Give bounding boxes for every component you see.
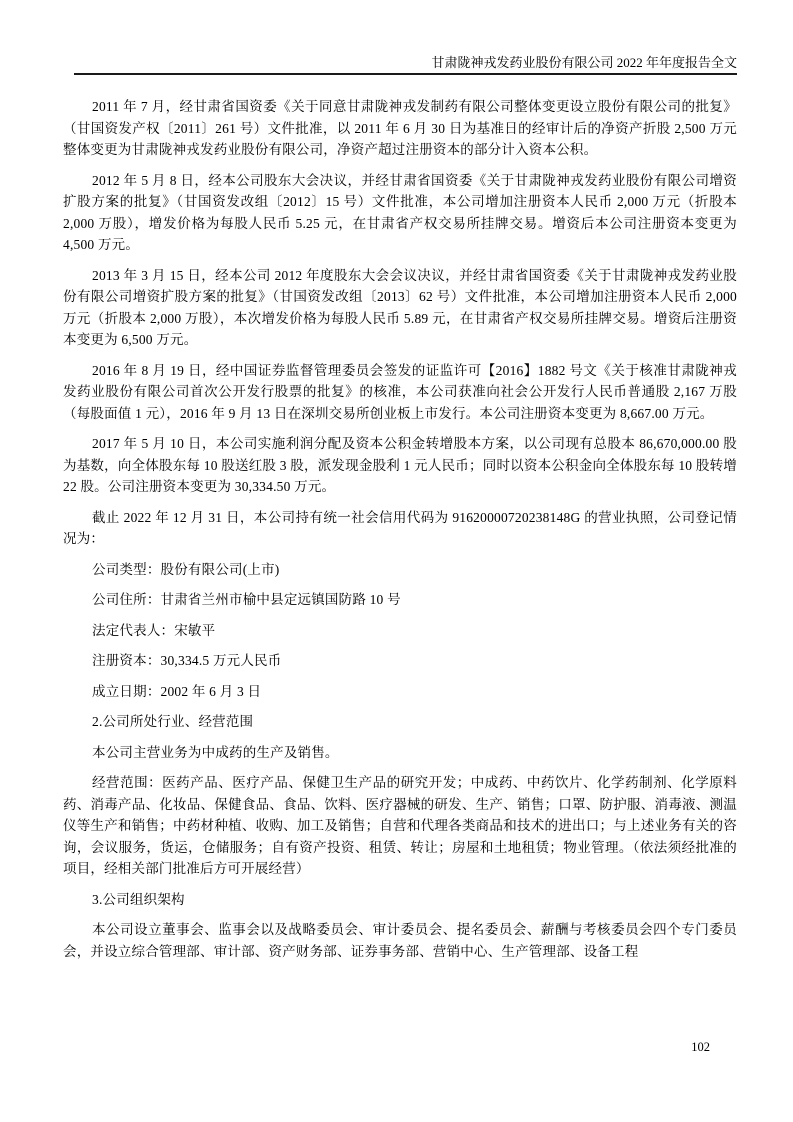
- para-org-structure: 本公司设立董事会、监事会以及战略委员会、审计委员会、提名委员会、薪酬与考核委员会…: [63, 919, 737, 962]
- para-2012-capital-increase: 2012 年 5 月 8 日，经本公司股东大会决议，并经甘肃省国资委《关于甘肃陇…: [63, 170, 737, 256]
- para-2017-profit-distribution: 2017 年 5 月 10 日，本公司实施利润分配及资本公积金转增股本方案，以公…: [63, 433, 737, 498]
- document-body: 2011 年 7 月，经甘肃省国资委《关于同意甘肃陇神戎发制药有限公司整体变更设…: [63, 96, 737, 971]
- page-footer: 102: [691, 1040, 710, 1054]
- para-2013-capital-increase: 2013 年 3 月 15 日，经本公司 2012 年度股东大会会议决议，并经甘…: [63, 265, 737, 351]
- heading-org-structure: 3.公司组织架构: [63, 889, 737, 911]
- info-company-type: 公司类型：股份有限公司(上市): [63, 559, 737, 581]
- para-2022-business-license: 截止 2022 年 12 月 31 日，本公司持有统一社会信用代码为 91620…: [63, 507, 737, 550]
- header-divider: [74, 73, 737, 75]
- header-title: 甘肃陇神戎发药业股份有限公司 2022 年年度报告全文: [431, 55, 737, 70]
- page-header: 甘肃陇神戎发药业股份有限公司 2022 年年度报告全文: [63, 55, 737, 71]
- para-2011-restructure: 2011 年 7 月，经甘肃省国资委《关于同意甘肃陇神戎发制药有限公司整体变更设…: [63, 96, 737, 161]
- info-company-address: 公司住所：甘肃省兰州市榆中县定远镇国防路 10 号: [63, 589, 737, 611]
- para-2016-ipo: 2016 年 8 月 19 日，经中国证券监督管理委员会签发的证监许可【2016…: [63, 360, 737, 425]
- info-establishment-date: 成立日期：2002 年 6 月 3 日: [63, 681, 737, 703]
- para-business-scope: 经营范围：医药产品、医疗产品、保健卫生产品的研究开发；中成药、中药饮片、化学药制…: [63, 772, 737, 880]
- info-legal-representative: 法定代表人：宋敏平: [63, 620, 737, 642]
- report-page: 甘肃陇神戎发药业股份有限公司 2022 年年度报告全文 2011 年 7 月，经…: [0, 0, 793, 1122]
- para-main-business: 本公司主营业务为中成药的生产及销售。: [63, 742, 737, 764]
- page-number: 102: [691, 1040, 710, 1054]
- heading-industry-business-scope: 2.公司所处行业、经营范围: [63, 711, 737, 733]
- info-registered-capital: 注册资本：30,334.5 万元人民币: [63, 650, 737, 672]
